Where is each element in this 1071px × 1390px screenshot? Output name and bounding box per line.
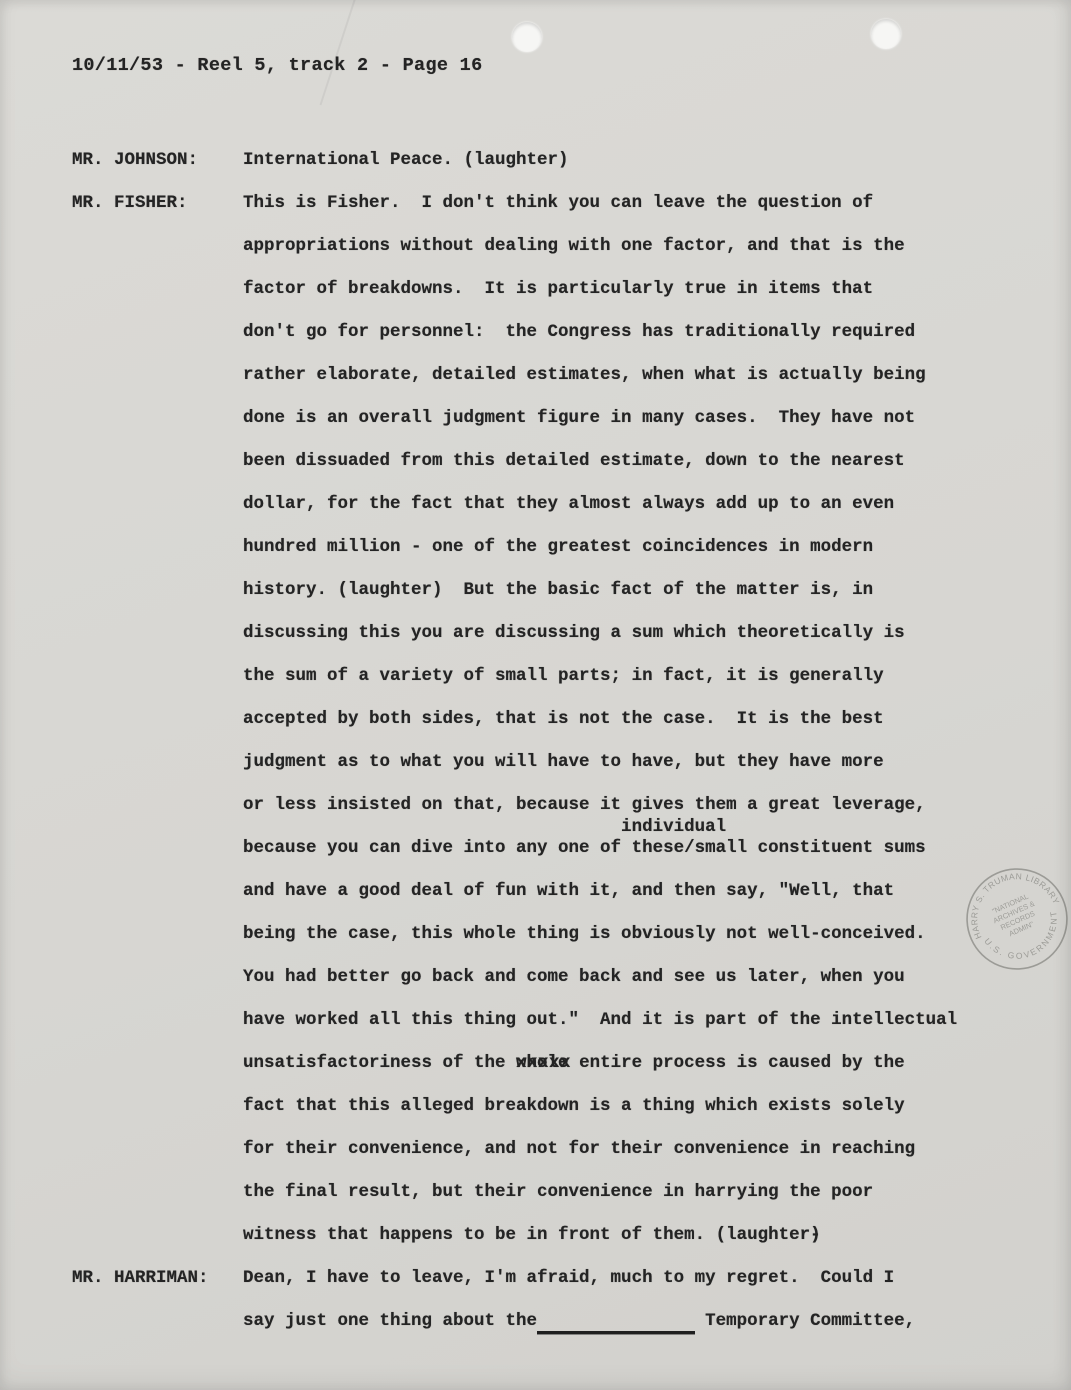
transcript-line: appropriations without dealing with one … <box>243 225 1071 268</box>
transcript-line: and have a good deal of fun with it, and… <box>243 870 1071 913</box>
text-run: dollar, for the fact that they almost al… <box>243 494 894 514</box>
transcript-line: done is an overall judgment figure in ma… <box>243 397 1071 440</box>
text-run: being the case, this whole thing is obvi… <box>243 924 926 944</box>
strike-overlay: - <box>810 1214 821 1257</box>
text-run: don't go for personnel: the Congress has… <box>243 322 915 342</box>
blank-underline <box>537 1311 695 1334</box>
transcript-line: the final result, but their convenience … <box>243 1171 1071 1214</box>
punch-hole-right <box>871 19 901 49</box>
transcript-line: MR. HARRIMAN:Dean, I have to leave, I'm … <box>243 1257 1071 1300</box>
transcript-line: been dissuaded from this detailed estima… <box>243 440 1071 483</box>
transcript-line: history. (laughter) But the basic fact o… <box>243 569 1071 612</box>
text-run: have worked all this thing out." And it … <box>243 1010 957 1030</box>
text-run: accepted by both sides, that is not the … <box>243 709 884 729</box>
speaker-label: MR. JOHNSON: <box>72 139 198 182</box>
text-run: factor of breakdowns. It is particularly… <box>243 279 873 299</box>
transcript-line: because you can dive into any one of the… <box>243 827 1071 870</box>
transcript-line: unsatisfactoriness of the wholexxxxx ent… <box>243 1042 1071 1085</box>
speaker-label: MR. FISHER: <box>72 182 188 225</box>
text-run: for their convenience, and not for their… <box>243 1139 915 1159</box>
text-run: and have a good deal of fun with it, and… <box>243 881 894 901</box>
transcript: MR. JOHNSON:International Peace. (laught… <box>0 139 1071 1343</box>
text-run: the sum of a variety of small parts; in … <box>243 666 884 686</box>
transcript-line: accepted by both sides, that is not the … <box>243 698 1071 741</box>
strike-overlay: xxxxx <box>516 1042 571 1085</box>
text-run: entire process is caused by the <box>569 1053 905 1073</box>
transcript-line: witness that happens to be in front of t… <box>243 1214 1071 1257</box>
transcript-line: factor of breakdowns. It is particularly… <box>243 268 1071 311</box>
transcript-line: MR. FISHER:This is Fisher. I don't think… <box>243 182 1071 225</box>
transcript-line: MR. JOHNSON:International Peace. (laught… <box>243 139 1071 182</box>
text-run: International Peace. (laughter) <box>243 150 569 170</box>
text-run: fact that this alleged breakdown is a th… <box>243 1096 905 1116</box>
transcript-line: rather elaborate, detailed estimates, wh… <box>243 354 1071 397</box>
transcript-line: dollar, for the fact that they almost al… <box>243 483 1071 526</box>
text-run: Dean, I have to leave, I'm afraid, much … <box>243 1268 894 1288</box>
text-run: judgment as to what you will have to hav… <box>243 752 884 772</box>
text-run: You had better go back and come back and… <box>243 967 905 987</box>
text-run: rather elaborate, detailed estimates, wh… <box>243 365 926 385</box>
text-run: been dissuaded from this detailed estima… <box>243 451 905 471</box>
truman-library-archives-stamp: HARRY S. TRUMAN LIBRARY U.S. GOVERNMENT … <box>963 865 1071 973</box>
text-run: done is an overall judgment figure in ma… <box>243 408 915 428</box>
punch-hole-left <box>512 22 542 52</box>
transcript-line: for their convenience, and not for their… <box>243 1128 1071 1171</box>
transcript-line: discussing this you are discussing a sum… <box>243 612 1071 655</box>
page-header: 10/11/53 - Reel 5, track 2 - Page 16 <box>72 55 482 76</box>
text-run: This is Fisher. I don't think you can le… <box>243 193 873 213</box>
transcript-line: You had better go back and come back and… <box>243 956 1071 999</box>
struck-text: wholexxxxx <box>516 1042 569 1085</box>
text-run: or less insisted on that, because it giv… <box>243 795 926 815</box>
text-run: Temporary Committee, <box>695 1311 916 1331</box>
text-run: say just one thing about the <box>243 1311 537 1331</box>
paper-crease <box>320 0 359 105</box>
transcript-line: say just one thing about the Temporary C… <box>243 1300 1071 1343</box>
struck-text: )- <box>810 1214 821 1257</box>
transcript-line: hundred million - one of the greatest co… <box>243 526 1071 569</box>
text-run: because you can dive into any one of the… <box>243 838 926 858</box>
transcript-line: fact that this alleged breakdown is a th… <box>243 1085 1071 1128</box>
speaker-label: MR. HARRIMAN: <box>72 1257 209 1300</box>
text-run: history. (laughter) But the basic fact o… <box>243 580 873 600</box>
transcript-line: being the case, this whole thing is obvi… <box>243 913 1071 956</box>
text-run: hundred million - one of the greatest co… <box>243 537 873 557</box>
text-run: discussing this you are discussing a sum… <box>243 623 905 643</box>
text-run: witness that happens to be in front of t… <box>243 1225 810 1245</box>
transcript-line: have worked all this thing out." And it … <box>243 999 1071 1042</box>
transcript-line: judgment as to what you will have to hav… <box>243 741 1071 784</box>
transcript-line: don't go for personnel: the Congress has… <box>243 311 1071 354</box>
text-run: the final result, but their convenience … <box>243 1182 873 1202</box>
transcript-line: the sum of a variety of small parts; in … <box>243 655 1071 698</box>
text-run: unsatisfactoriness of the <box>243 1053 516 1073</box>
scanned-transcript-page: 10/11/53 - Reel 5, track 2 - Page 16 MR.… <box>0 0 1071 1390</box>
text-run: appropriations without dealing with one … <box>243 236 905 256</box>
